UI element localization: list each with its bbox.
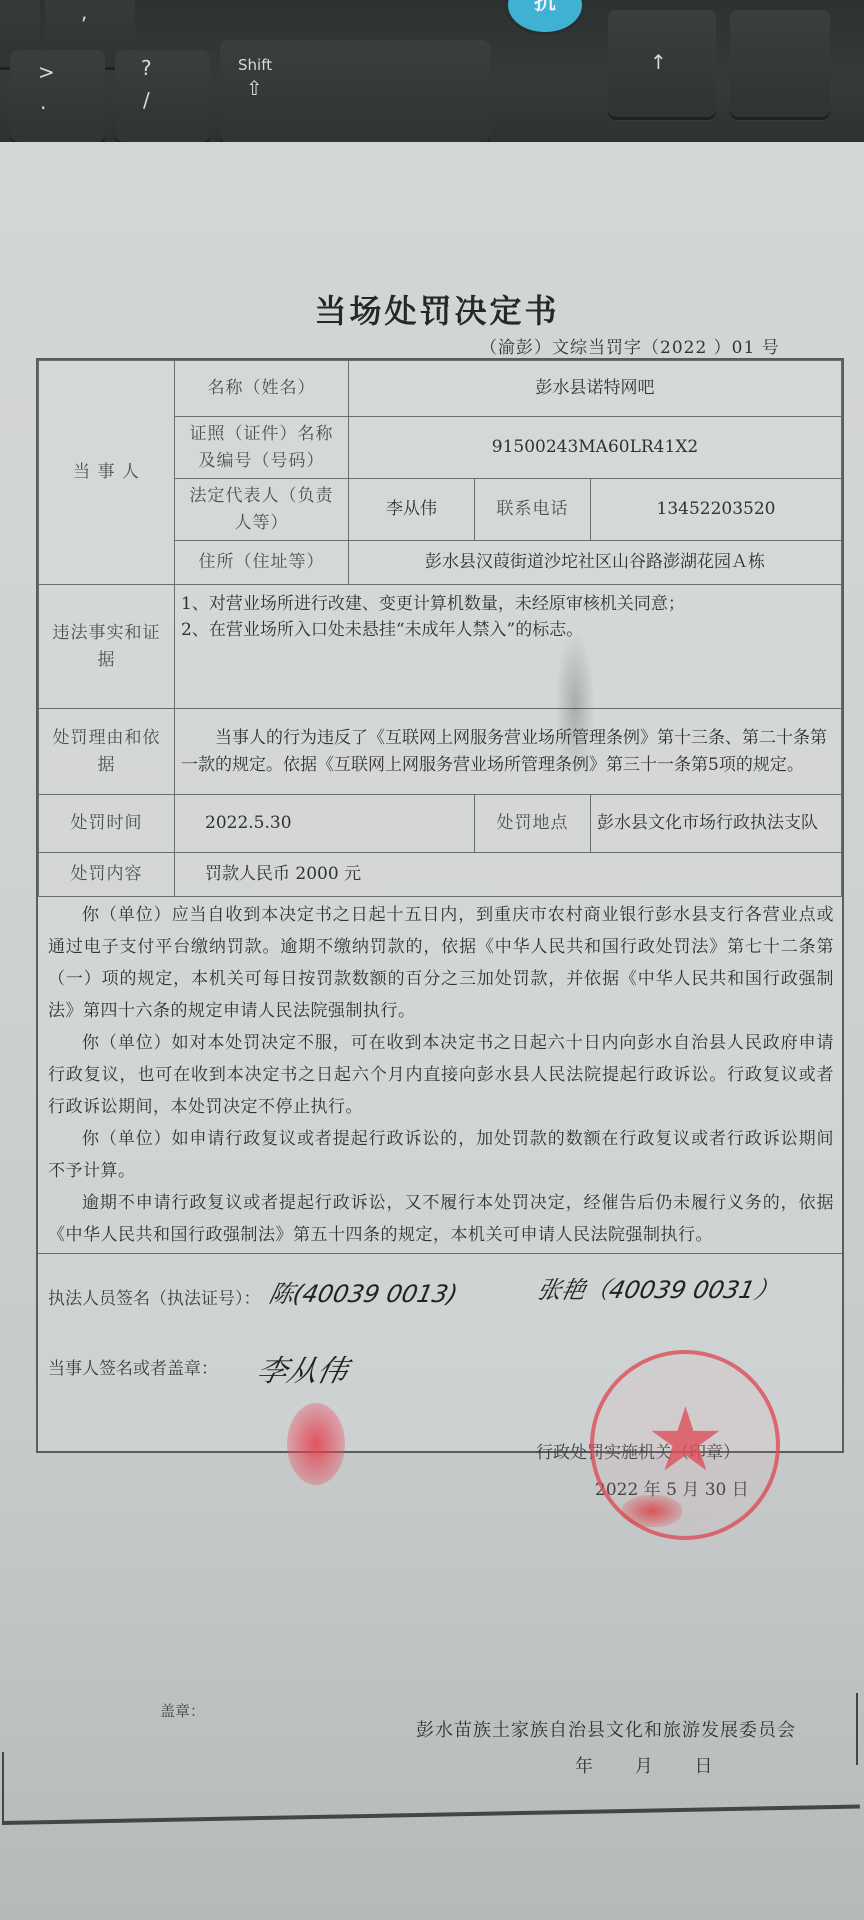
key-period-bottom-label: . xyxy=(40,90,46,114)
party-table: 当 事 人 名称（姓名） 彭水县诺特网吧 证照（证件）名称及编号（号码） 915… xyxy=(38,360,842,897)
key-comma-label: , xyxy=(81,0,87,24)
key-slash-top-label: ? xyxy=(141,56,152,80)
keyboard-background: , > . ? / Shift ⇧ ↑ 抗 xyxy=(0,0,864,146)
address-label: 住所（住址等） xyxy=(175,541,349,585)
personal-seal-mark xyxy=(622,1495,682,1527)
place-value: 彭水县文化市场行政执法支队 xyxy=(591,795,842,853)
notice-paragraph: 你（单位）如对本处罚决定不服，可在收到本决定书之日起六十日内向彭水自治县人民政府… xyxy=(48,1027,834,1123)
notice-paragraph: 逾期不申请行政复议或者提起行政诉讼，又不履行本处罚决定，经催告后仍未履行义务的，… xyxy=(48,1187,834,1251)
license-label: 证照（证件）名称及编号（号码） xyxy=(175,417,349,479)
party-signature-label: 当事人签名或者盖章： xyxy=(48,1354,218,1379)
place-label: 处罚地点 xyxy=(475,795,591,853)
key-up-arrow: ↑ xyxy=(608,10,716,120)
key-blank xyxy=(730,10,830,120)
license-value: 91500243MA60LR41X2 xyxy=(349,417,842,479)
document-title: 当场处罚决定书 xyxy=(0,286,864,332)
shadow-smudge xyxy=(555,630,595,780)
key-shift-label: Shift xyxy=(238,56,272,74)
name-value: 彭水县诺特网吧 xyxy=(349,361,842,417)
fingerprint-mark xyxy=(287,1403,345,1485)
officer-signature-label: 执法人员签名（执法证号）： xyxy=(48,1284,261,1309)
facts-label: 违法事实和证据 xyxy=(39,585,175,709)
key-period: > . xyxy=(10,50,105,145)
facts-cell: 1、对营业场所进行改建、变更计算机数量，未经原审核机关同意； 2、在营业场所入口… xyxy=(175,585,842,709)
key-period-top-label: > xyxy=(38,60,55,84)
up-arrow-icon: ↑ xyxy=(650,50,667,74)
officer-2-signature: 张艳（40039 0031） xyxy=(534,1270,783,1305)
representative-value: 李从伟 xyxy=(349,479,475,541)
key-shift: Shift ⇧ xyxy=(220,40,490,146)
representative-label: 法定代表人（负责人等） xyxy=(175,479,349,541)
content-label: 处罚内容 xyxy=(39,853,175,897)
party-signature: 李从伟 xyxy=(253,1346,352,1390)
name-label: 名称（姓名） xyxy=(175,361,349,417)
phone-value: 13452203520 xyxy=(591,479,842,541)
lower-date-placeholder: 年 月 日 xyxy=(575,1752,712,1778)
address-value: 彭水县汉葭街道沙坨社区山谷路澎湖花园Ａ栋 xyxy=(349,541,842,585)
fact-item: 1、对营业场所进行改建、变更计算机数量，未经原审核机关同意； xyxy=(181,591,835,617)
keyboard-sticker: 抗 xyxy=(505,0,585,35)
notice-block: 你（单位）应当自收到本决定书之日起十五日内，到重庆市农村商业银行彭水县支行各营业… xyxy=(38,897,842,1253)
star-icon: ★ xyxy=(646,1396,725,1484)
lower-seal-label: 盖章： xyxy=(160,1700,205,1721)
lower-organization: 彭水苗族土家族自治县文化和旅游发展委员会 xyxy=(416,1716,796,1742)
time-label: 处罚时间 xyxy=(39,795,175,853)
phone-label: 联系电话 xyxy=(475,479,591,541)
lower-frame-edge xyxy=(2,1752,4,1824)
reason-text: 当事人的行为违反了《互联网上网服务营业场所管理条例》第十三条、第二十条第一款的规… xyxy=(175,709,842,795)
notice-paragraph: 你（单位）如申请行政复议或者提起行政诉讼的，加处罚款的数额在行政复议或者行政诉讼… xyxy=(48,1123,834,1187)
officer-1-signature: 陈(40039 0013) xyxy=(266,1274,461,1309)
shift-arrow-icon: ⇧ xyxy=(246,76,263,100)
content-value: 罚款人民币 2000 元 xyxy=(175,853,842,897)
notice-paragraph: 你（单位）应当自收到本决定书之日起十五日内，到重庆市农村商业银行彭水县支行各营业… xyxy=(48,899,834,1027)
penalty-form: 当 事 人 名称（姓名） 彭水县诺特网吧 证照（证件）名称及编号（号码） 915… xyxy=(36,358,844,1453)
lower-frame-edge xyxy=(856,1693,858,1765)
key-slash-bottom-label: / xyxy=(143,88,150,112)
document-number: （渝彭）文综当罚字（2022 ）01 号 xyxy=(480,333,780,358)
time-value: 2022.5.30 xyxy=(175,795,475,853)
official-stamp: ★ xyxy=(590,1350,780,1540)
key-slash: ? / xyxy=(115,50,210,145)
reason-label: 处罚理由和依据 xyxy=(39,709,175,795)
fact-item: 2、在营业场所入口处未悬挂“未成年人禁入”的标志。 xyxy=(181,617,835,643)
party-section-label: 当 事 人 xyxy=(39,361,175,585)
